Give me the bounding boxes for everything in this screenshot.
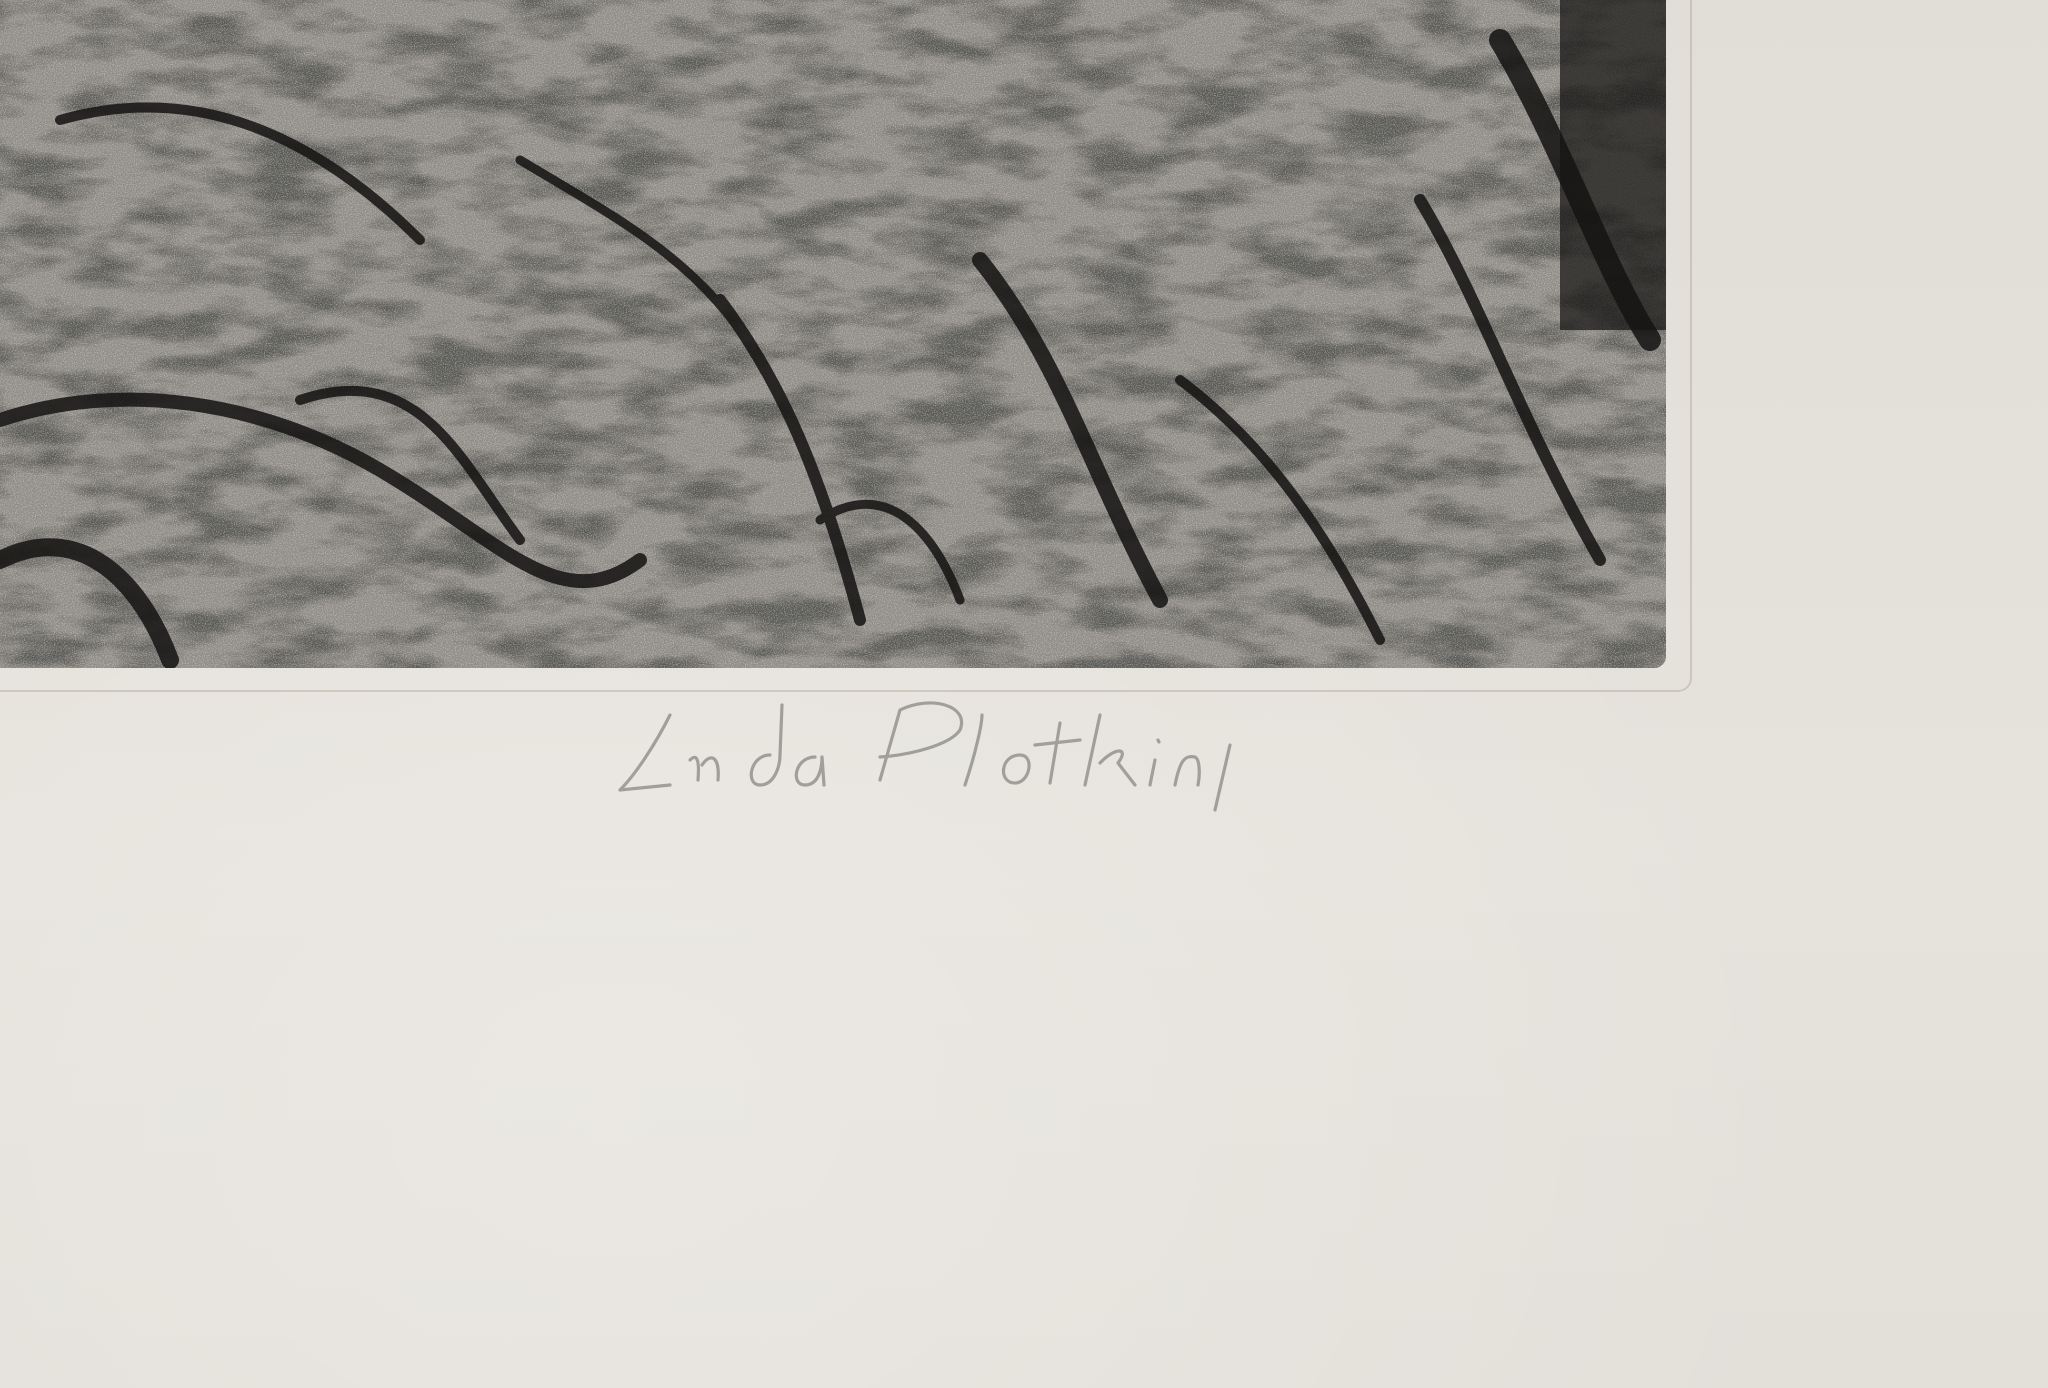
artist-signature: Linda Plotkin [610,685,1600,815]
etched-image-plate [0,0,1666,668]
signature-scrawl [610,685,1600,815]
etching-texture [0,0,1666,668]
paper-sheet: Linda Plotkin [0,0,2048,1388]
